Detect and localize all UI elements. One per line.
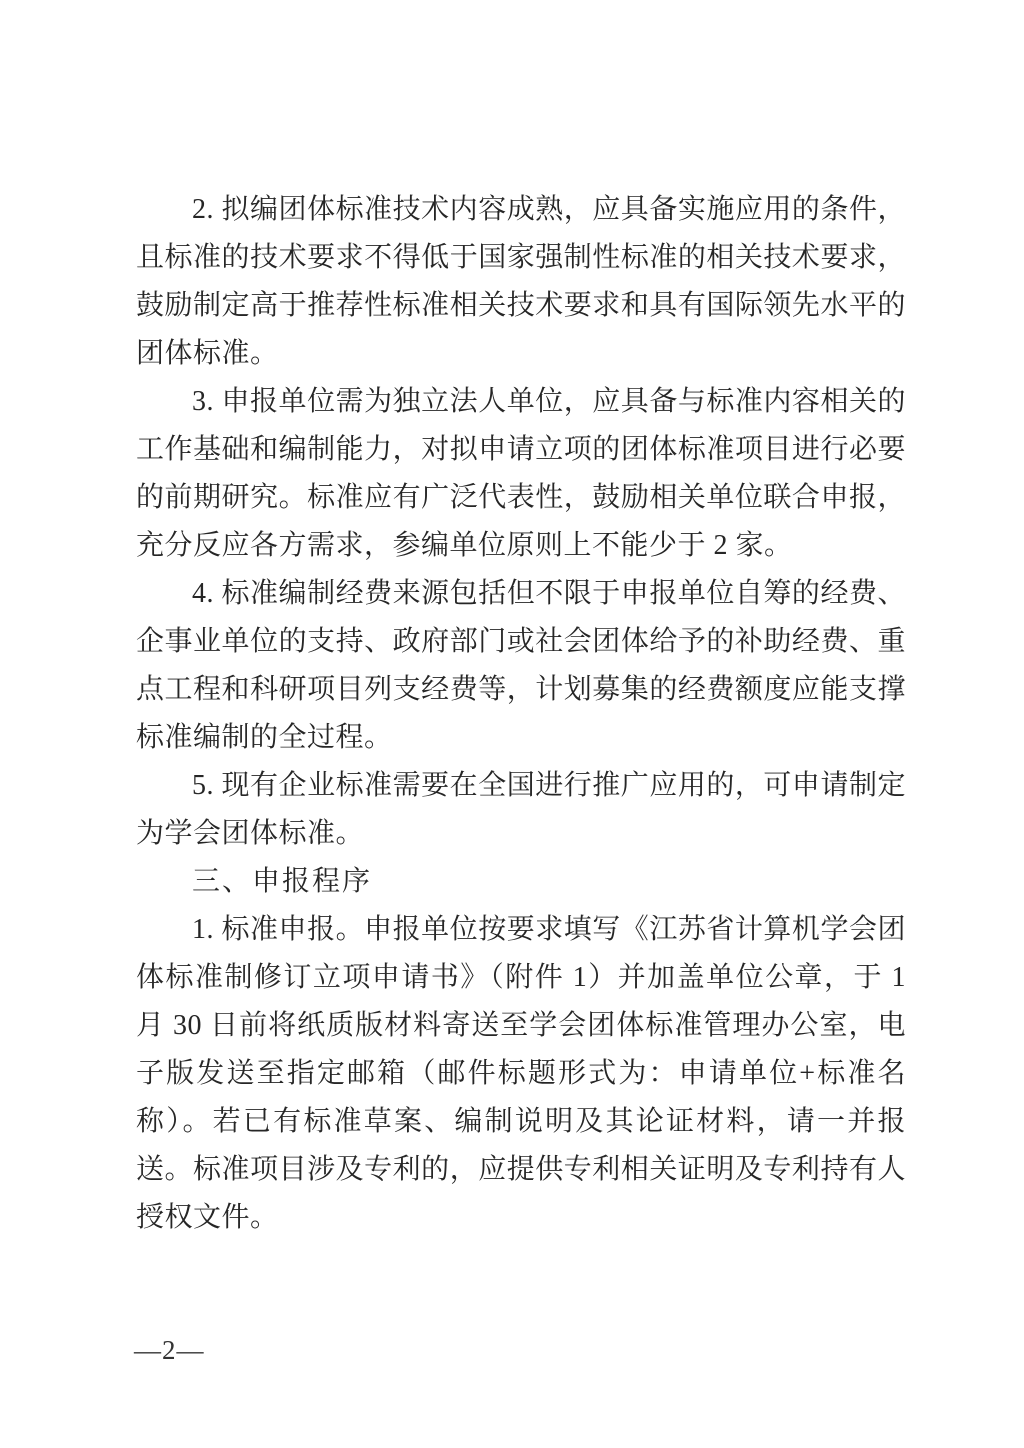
paragraph-item-4: 4. 标准编制经费来源包括但不限于申报单位自筹的经费、企事业单位的支持、政府部门… <box>136 570 906 762</box>
paragraph-item-2: 2. 拟编团体标准技术内容成熟，应具备实施应用的条件，且标准的技术要求不得低于国… <box>136 186 906 378</box>
paragraph-standard-application: 1. 标准申报。申报单位按要求填写《江苏省计算机学会团体标准制修订立项申请书》（… <box>136 906 906 1242</box>
document-page: 2. 拟编团体标准技术内容成熟，应具备实施应用的条件，且标准的技术要求不得低于国… <box>0 0 1024 1448</box>
document-body: 2. 拟编团体标准技术内容成熟，应具备实施应用的条件，且标准的技术要求不得低于国… <box>136 186 906 1242</box>
paragraph-item-3: 3. 申报单位需为独立法人单位，应具备与标准内容相关的工作基础和编制能力，对拟申… <box>136 378 906 570</box>
section-heading-application-procedure: 三、申报程序 <box>136 858 906 906</box>
paragraph-item-5: 5. 现有企业标准需要在全国进行推广应用的，可申请制定为学会团体标准。 <box>136 762 906 858</box>
page-number: —2— <box>134 1334 205 1366</box>
